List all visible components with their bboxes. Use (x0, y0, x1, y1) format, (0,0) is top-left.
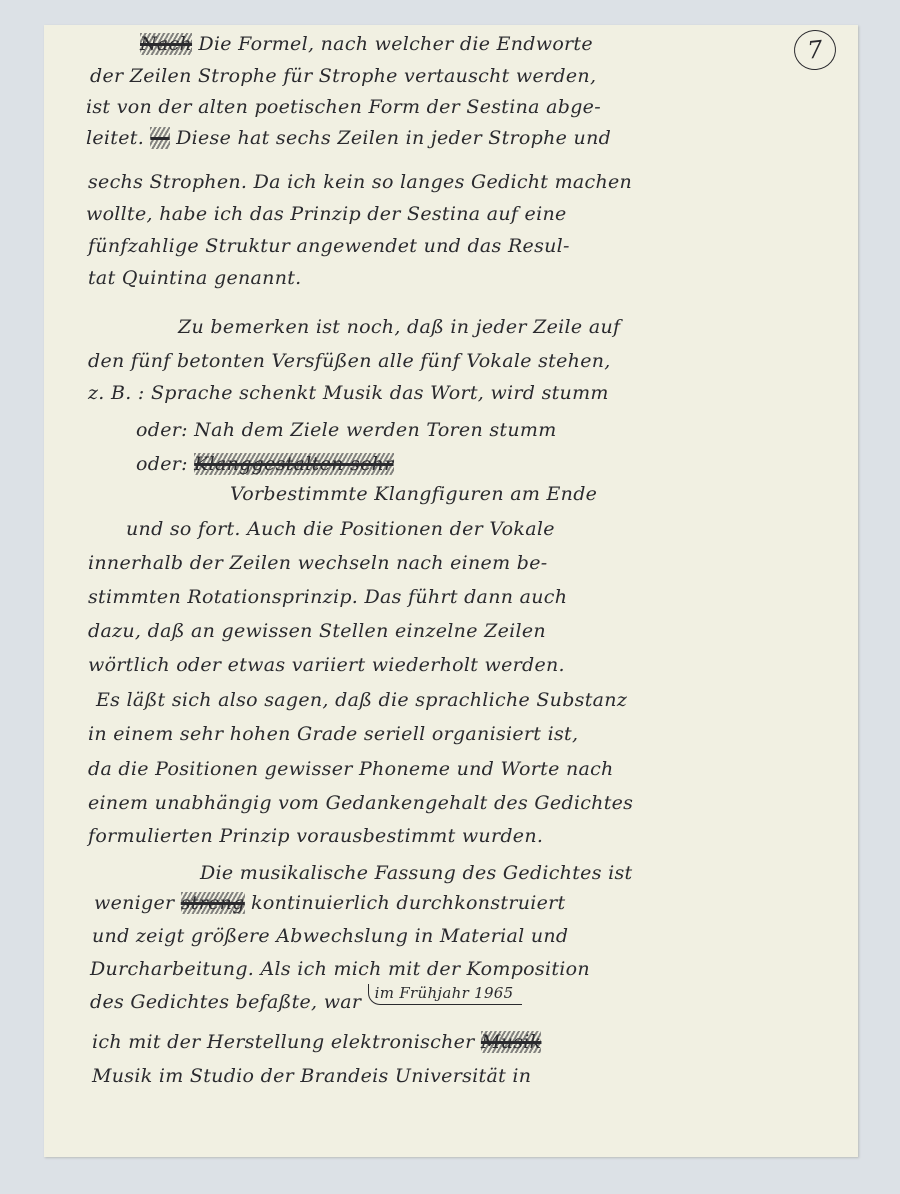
text-line: Musik im Studio der Brandeis Universität… (92, 1065, 531, 1087)
strikethrough-text: Klanggestalten sehr (194, 453, 393, 475)
text-line: wollte, habe ich das Prinzip der Sestina… (86, 203, 567, 225)
strikethrough-text: — (150, 127, 169, 149)
text-line: Nach Die Formel, nach welcher die Endwor… (140, 33, 593, 55)
text-line: und zeigt größere Abwechslung in Materia… (92, 925, 568, 947)
text-line: innerhalb der Zeilen wechseln nach einem… (88, 552, 547, 574)
strikethrough-text: streng (181, 892, 245, 914)
inserted-annotation: im Frühjahr 1965 (368, 984, 522, 1005)
text-line: einem unabhängig vom Gedankengehalt des … (88, 792, 633, 814)
text-line: Durcharbeitung. Als ich mich mit der Kom… (90, 958, 590, 980)
text-line: ich mit der Herstellung elektronischer M… (92, 1031, 541, 1053)
page-number: 7 (792, 28, 838, 72)
text-line: Es läßt sich also sagen, daß die sprachl… (96, 689, 627, 711)
text-line: des Gedichtes befaßte, war im Frühjahr 1… (90, 991, 522, 1015)
text-line: fünfzahlige Struktur angewendet und das … (88, 235, 570, 257)
text-line: der Zeilen Strophe für Strophe vertausch… (90, 65, 596, 87)
text-line: und so fort. Auch die Positionen der Vok… (126, 518, 555, 540)
line-text: Die Formel, nach welcher die Endworte (198, 33, 593, 55)
line-text: des Gedichtes befaßte, war (90, 991, 361, 1013)
line-text: kontinuierlich durchkonstruiert (251, 892, 565, 914)
line-text: Diese hat sechs Zeilen in jeder Strophe … (176, 127, 611, 149)
line-text: weniger (94, 892, 174, 914)
strikethrough-text: Musik (481, 1031, 542, 1053)
text-line: leitet. — Diese hat sechs Zeilen in jede… (86, 127, 611, 149)
text-line: ist von der alten poetischen Form der Se… (86, 96, 601, 118)
text-line: Vorbestimmte Klangfiguren am Ende (230, 483, 597, 505)
line-text: ich mit der Herstellung elektronischer (92, 1031, 475, 1053)
text-line: z. B. : Sprache schenkt Musik das Wort, … (88, 382, 609, 404)
text-line: wörtlich oder etwas variiert wiederholt … (88, 654, 565, 676)
text-line: sechs Strophen. Da ich kein so langes Ge… (88, 171, 632, 193)
text-line: weniger streng kontinuierlich durchkonst… (94, 892, 565, 914)
text-line: Die musikalische Fassung des Gedichtes i… (200, 862, 632, 884)
text-line: da die Positionen gewisser Phoneme und W… (88, 758, 614, 780)
text-line: dazu, daß an gewissen Stellen einzelne Z… (88, 620, 546, 642)
line-text: leitet. (86, 127, 144, 149)
strikethrough-text: Nach (140, 33, 192, 55)
manuscript-page: 7 Nach Die Formel, nach welcher die Endw… (44, 25, 858, 1157)
text-line: in einem sehr hohen Grade seriell organi… (88, 723, 578, 745)
text-line: tat Quintina genannt. (88, 267, 302, 289)
text-line: oder: Klanggestalten sehr (136, 453, 394, 475)
text-line: Zu bemerken ist noch, daß in jeder Zeile… (178, 316, 620, 338)
text-line: den fünf betonten Versfüßen alle fünf Vo… (88, 350, 611, 372)
line-text: oder: (136, 453, 194, 475)
text-line: stimmten Rotationsprinzip. Das führt dan… (88, 586, 567, 608)
text-line: formulierten Prinzip vorausbestimmt wurd… (88, 825, 543, 847)
text-line: oder: Nah dem Ziele werden Toren stumm (136, 419, 557, 441)
